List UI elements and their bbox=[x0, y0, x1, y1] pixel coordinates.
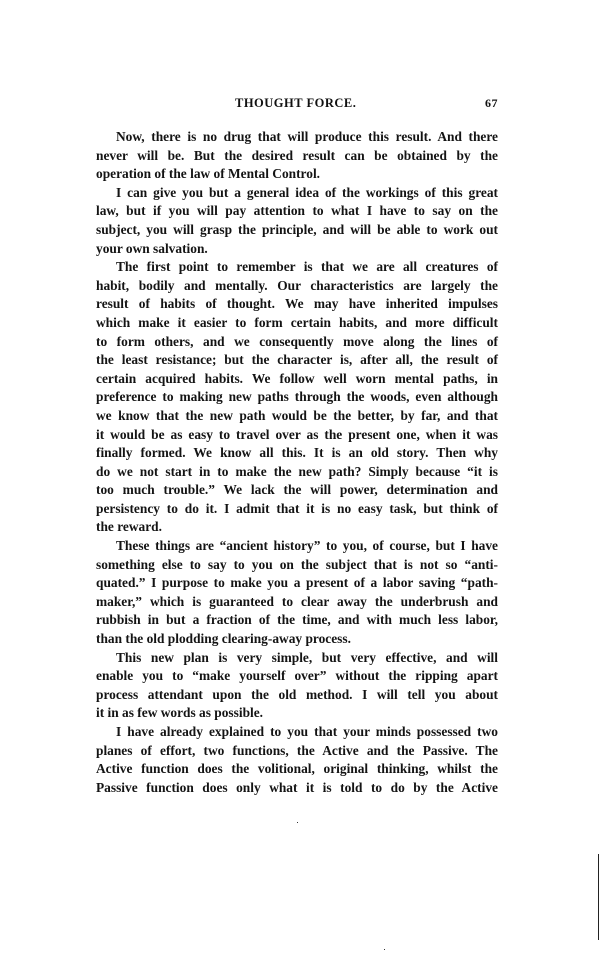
paragraph: I have already explained to you that you… bbox=[96, 723, 498, 797]
text-line: preference to making new paths through t… bbox=[96, 388, 498, 407]
text-line: Active function does the volitional, ori… bbox=[96, 760, 498, 779]
text-line: subject, you will grasp the principle, a… bbox=[96, 221, 498, 240]
text-line: to form others, and we consequently move… bbox=[96, 333, 498, 352]
scan-speck bbox=[297, 822, 298, 823]
text-line: process attendant upon the old method. I… bbox=[96, 686, 498, 705]
text-line: Now, there is no drug that will produce … bbox=[96, 128, 498, 147]
text-line: quated.” I purpose to make you a present… bbox=[96, 574, 498, 593]
text-line: law, but if you will pay attention to wh… bbox=[96, 202, 498, 221]
text-line: I can give you but a general idea of the… bbox=[96, 184, 498, 203]
text-line: something else to say to you on the subj… bbox=[96, 556, 498, 575]
text-line: Passive function does only what it is to… bbox=[96, 779, 498, 798]
text-line: habit, bodily and mentally. Our characte… bbox=[96, 277, 498, 296]
scan-edge-line bbox=[598, 854, 599, 940]
text-line: I have already explained to you that you… bbox=[96, 723, 498, 742]
scan-speck bbox=[384, 949, 385, 950]
paragraph: I can give you but a general idea of the… bbox=[96, 184, 498, 258]
text-line: we know that the new path would be the b… bbox=[96, 407, 498, 426]
page-number: 67 bbox=[485, 96, 498, 111]
text-line: too much trouble.” We lack the will powe… bbox=[96, 481, 498, 500]
paragraph: The first point to remember is that we a… bbox=[96, 258, 498, 537]
text-line: it would be as easy to travel over as th… bbox=[96, 426, 498, 445]
text-line: do we not start in to make the new path?… bbox=[96, 463, 498, 482]
text-line: finally formed. We know all this. It is … bbox=[96, 444, 498, 463]
text-line: enable you to “make yourself over” witho… bbox=[96, 667, 498, 686]
text-line: the least resistance; but the character … bbox=[96, 351, 498, 370]
text-line: result of habits of thought. We may have… bbox=[96, 295, 498, 314]
running-title: THOUGHT FORCE. bbox=[235, 96, 356, 111]
book-page: THOUGHT FORCE. 67 Now, there is no drug … bbox=[0, 0, 600, 978]
text-line: than the old plodding clearing-away proc… bbox=[96, 630, 498, 649]
text-line: which make it easier to form certain hab… bbox=[96, 314, 498, 333]
body-text: Now, there is no drug that will produce … bbox=[96, 128, 498, 797]
text-line: maker,” which is guaranteed to clear awa… bbox=[96, 593, 498, 612]
text-line: certain acquired habits. We follow well … bbox=[96, 370, 498, 389]
text-line: rubbish in but a fraction of the time, a… bbox=[96, 611, 498, 630]
text-line: planes of effort, two functions, the Act… bbox=[96, 742, 498, 761]
paragraph: These things are “ancient history” to yo… bbox=[96, 537, 498, 649]
text-line: persistency to do it. I admit that it is… bbox=[96, 500, 498, 519]
text-line: your own salvation. bbox=[96, 240, 498, 259]
paragraph: This new plan is very simple, but very e… bbox=[96, 649, 498, 723]
running-header: THOUGHT FORCE. 67 bbox=[96, 96, 498, 114]
text-line: it in as few words as possible. bbox=[96, 704, 498, 723]
text-line: These things are “ancient history” to yo… bbox=[96, 537, 498, 556]
text-line: the reward. bbox=[96, 518, 498, 537]
text-line: The first point to remember is that we a… bbox=[96, 258, 498, 277]
text-line: This new plan is very simple, but very e… bbox=[96, 649, 498, 668]
text-line: operation of the law of Mental Control. bbox=[96, 165, 498, 184]
paragraph: Now, there is no drug that will produce … bbox=[96, 128, 498, 184]
text-line: never will be. But the desired result ca… bbox=[96, 147, 498, 166]
